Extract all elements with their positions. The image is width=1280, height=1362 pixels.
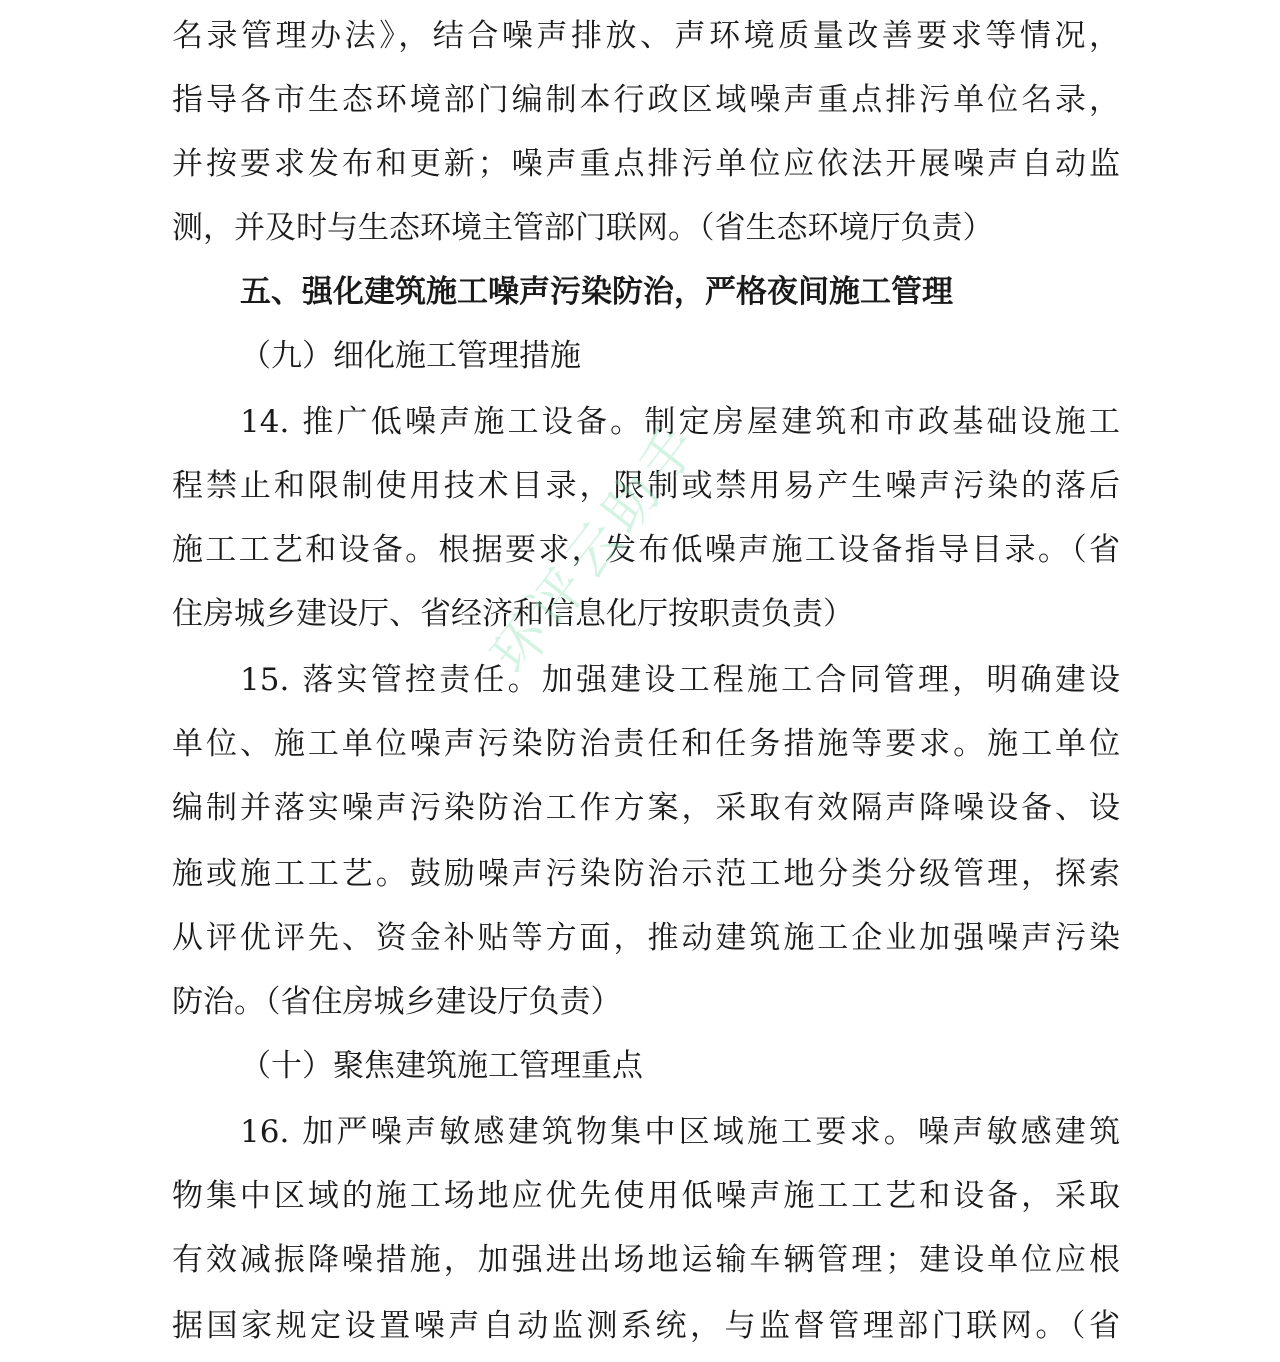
text-line: 测，并及时与生态环境主管部门联网。（省生态环境厅负责） <box>172 196 1120 260</box>
text-line: 单位、施工单位噪声污染防治责任和任务措施等要求。施工单位 <box>172 712 1120 776</box>
text-line: 程禁止和限制使用技术目录，限制或禁用易产生噪声污染的落后 <box>172 454 1120 518</box>
text-line: 16. 加严噪声敏感建筑物集中区域施工要求。噪声敏感建筑 <box>240 1100 1120 1164</box>
text-line: 并按要求发布和更新；噪声重点排污单位应依法开展噪声自动监 <box>172 132 1120 196</box>
text-line: 编制并落实噪声污染防治工作方案，采取有效隔声降噪设备、设 <box>172 776 1120 840</box>
text-line: 15. 落实管控责任。加强建设工程施工合同管理，明确建设 <box>240 648 1120 712</box>
text-line: 施工工艺和设备。根据要求，发布低噪声施工设备指导目录。（省 <box>172 518 1120 582</box>
text-line: 指导各市生态环境部门编制本行政区域噪声重点排污单位名录， <box>172 68 1120 132</box>
text-line: 住房城乡建设厅、省经济和信息化厅按职责负责） <box>172 582 1120 646</box>
text-line: 14. 推广低噪声施工设备。制定房屋建筑和市政基础设施工 <box>240 390 1120 454</box>
subsection-heading: （十）聚焦建筑施工管理重点 <box>240 1034 1120 1098</box>
text-line: 防治。（省住房城乡建设厅负责） <box>172 970 1120 1034</box>
section-heading: 五、强化建筑施工噪声污染防治，严格夜间施工管理 <box>240 260 1120 324</box>
subsection-heading: （九）细化施工管理措施 <box>240 324 1120 388</box>
text-line: 施或施工工艺。鼓励噪声污染防治示范工地分类分级管理，探索 <box>172 842 1120 906</box>
text-line: 物集中区域的施工场地应优先使用低噪声施工工艺和设备，采取 <box>172 1164 1120 1228</box>
text-line: 从评优评先、资金补贴等方面，推动建筑施工企业加强噪声污染 <box>172 906 1120 970</box>
text-line: 名录管理办法》，结合噪声排放、声环境质量改善要求等情况， <box>172 4 1120 68</box>
text-line: 有效减振降噪措施，加强进出场地运输车辆管理；建设单位应根 <box>172 1228 1120 1292</box>
text-line: 据国家规定设置噪声自动监测系统，与监督管理部门联网。（省 <box>172 1294 1120 1358</box>
